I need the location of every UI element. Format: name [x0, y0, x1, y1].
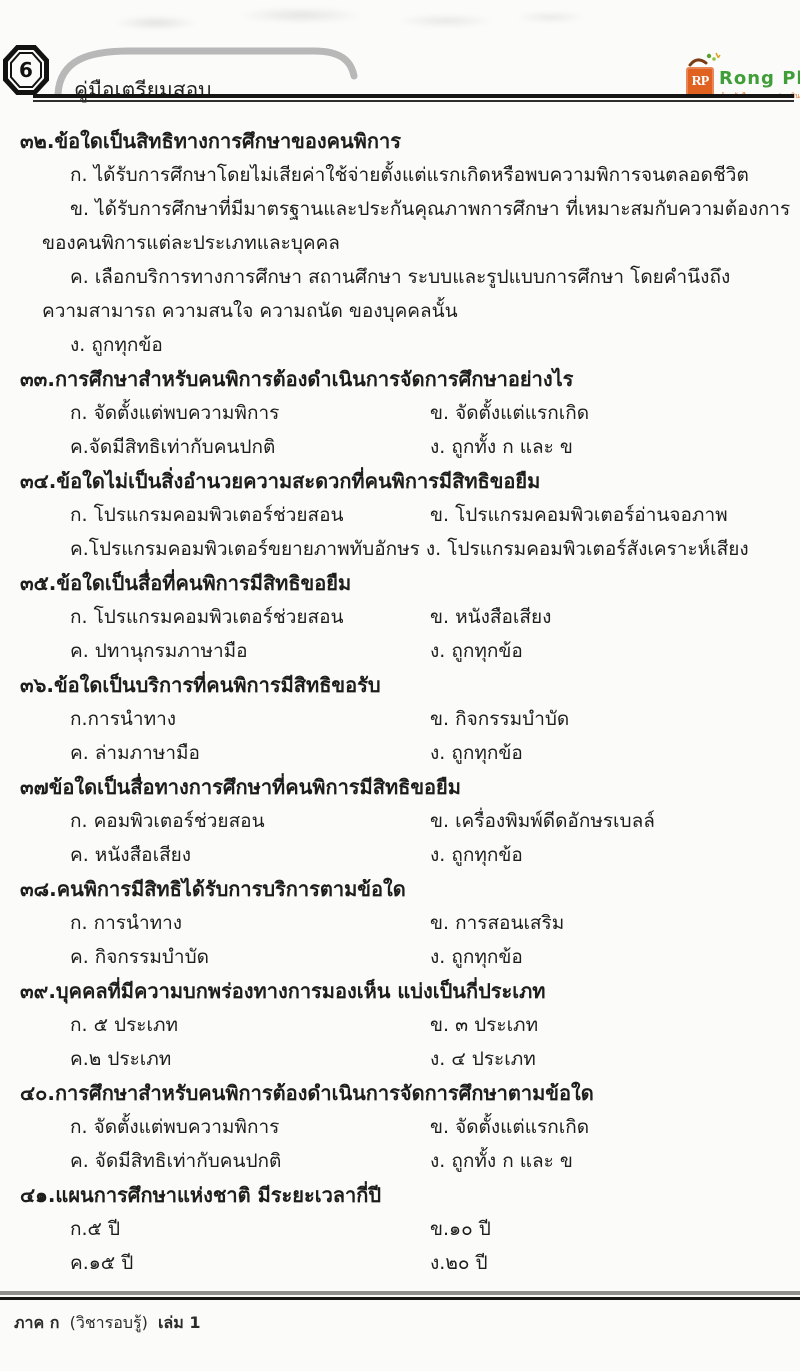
header-rule-bottom — [33, 100, 794, 102]
option-row: ค. กิจกรรมบำบัดง. ถูกทุกข้อ — [20, 940, 792, 974]
option-row: ค. ล่ามภาษามือง. ถูกทุกข้อ — [20, 736, 792, 770]
option-cell: ข. กิจกรรมบำบัด — [430, 702, 792, 736]
option-cell: ง. ๔ ประเภท — [430, 1042, 792, 1076]
scan-artifact — [40, 0, 620, 38]
question-heading: ๓๗ข้อใดเป็นสื่อทางการศึกษาที่คนพิการมีสิ… — [20, 770, 792, 804]
footer-rule-bottom — [0, 1297, 800, 1300]
question-heading: ๓๕.ข้อใดเป็นสื่อที่คนพิการมีสิทธิขอยืม — [20, 566, 792, 600]
option-cell: ก. จัดตั้งแต่พบความพิการ — [70, 1110, 430, 1144]
option-cell: ก. การนำทาง — [70, 906, 430, 940]
option-cell: ค. ล่ามภาษามือ — [70, 736, 430, 770]
option-cell: ข. การสอนเสริม — [430, 906, 792, 940]
question-heading: ๔๐.การศึกษาสำหรับคนพิการต้องดำเนินการจัด… — [20, 1076, 792, 1110]
option-cell: ก.๕ ปี — [70, 1212, 430, 1246]
option-line: ค.โปรแกรมคอมพิวเตอร์ขยายภาพทับอักษร ง. โ… — [20, 532, 792, 566]
option-row: ก. โปรแกรมคอมพิวเตอร์ช่วยสอนข. หนังสือเส… — [20, 600, 792, 634]
option-row: ค.๒ ประเภทง. ๔ ประเภท — [20, 1042, 792, 1076]
header-title: คู่มือเตรียมสอบ — [74, 74, 212, 107]
option-cell: ค. หนังสือเสียง — [70, 838, 430, 872]
option-row: ก. จัดตั้งแต่พบความพิการข. จัดตั้งแต่แรก… — [20, 396, 792, 430]
footer-rule-top — [0, 1291, 800, 1295]
option-cell: ก. คอมพิวเตอร์ช่วยสอน — [70, 804, 430, 838]
option-cell: ก. ๕ ประเภท — [70, 1008, 430, 1042]
option-cell: ก. โปรแกรมคอมพิวเตอร์ช่วยสอน — [70, 600, 430, 634]
option-cell: ข. หนังสือเสียง — [430, 600, 792, 634]
option-line: ค. เลือกบริการทางการศึกษา สถานศึกษา ระบบ… — [20, 260, 792, 294]
option-cell: ข. จัดตั้งแต่แรกเกิด — [430, 1110, 792, 1144]
footer-text: ภาค ก (วิชารอบรู้) เล่ม 1 — [14, 1306, 205, 1340]
option-row: ค.๑๕ ปีง.๒๐ ปี — [20, 1246, 792, 1280]
option-cell: ค.๑๕ ปี — [70, 1246, 430, 1280]
questions: ๓๒.ข้อใดเป็นสิทธิทางการศึกษาของคนพิการก.… — [20, 124, 792, 1280]
option-cell: ง. ถูกทุกข้อ — [430, 838, 792, 872]
option-cell: ค. ปทานุกรมภาษามือ — [70, 634, 430, 668]
option-cell: ข. โปรแกรมคอมพิวเตอร์อ่านจอภาพ — [430, 498, 792, 532]
option-line: ข. ได้รับการศึกษาที่มีมาตรฐานและประกันคุ… — [20, 192, 792, 226]
option-cell: ค.๒ ประเภท — [70, 1042, 430, 1076]
publisher-logo: RP — [686, 67, 714, 97]
question-heading: ๓๘.คนพิการมีสิทธิได้รับการบริการตามข้อใด — [20, 872, 792, 906]
option-cell: ก.การนำทาง — [70, 702, 430, 736]
option-row: ก.การนำทางข. กิจกรรมบำบัด — [20, 702, 792, 736]
option-continuation: ความสามารถ ความสนใจ ความถนัด ของบุคคลนั้… — [20, 294, 792, 328]
scanned-exam-page: 6 คู่มือเตรียมสอบ RP Rong Phai ค้าหนังสื… — [0, 0, 800, 1371]
option-continuation: ของคนพิการแต่ละประเภทและบุคคล — [20, 226, 792, 260]
option-row: ก. โปรแกรมคอมพิวเตอร์ช่วยสอนข. โปรแกรมคอ… — [20, 498, 792, 532]
option-row: ค. จัดมีสิทธิเท่ากับคนปกติง. ถูกทั้ง ก แ… — [20, 1144, 792, 1178]
option-cell: ง. ถูกทุกข้อ — [430, 634, 792, 668]
option-cell: ก. จัดตั้งแต่พบความพิการ — [70, 396, 430, 430]
option-cell: ข. ๓ ประเภท — [430, 1008, 792, 1042]
option-cell: ค. กิจกรรมบำบัด — [70, 940, 430, 974]
footer-volume-label: เล่ม 1 — [158, 1313, 201, 1332]
option-row: ก. จัดตั้งแต่พบความพิการข. จัดตั้งแต่แรก… — [20, 1110, 792, 1144]
option-cell: ค. จัดมีสิทธิเท่ากับคนปกติ — [70, 1144, 430, 1178]
question-heading: ๓๖.ข้อใดเป็นบริการที่คนพิการมีสิทธิขอรับ — [20, 668, 792, 702]
option-cell: ข. จัดตั้งแต่แรกเกิด — [430, 396, 792, 430]
option-cell: ง. ถูกทุกข้อ — [430, 940, 792, 974]
option-cell: ข. เครื่องพิมพ์ดีดอักษรเบลล์ — [430, 804, 792, 838]
question-heading: ๓๙.บุคคลที่มีความบกพร่องทางการมองเห็น แบ… — [20, 974, 792, 1008]
farmer-doodle-icon — [684, 50, 724, 68]
question-heading: ๓๓.การศึกษาสำหรับคนพิการต้องดำเนินการจัด… — [20, 362, 792, 396]
option-line: ก. ได้รับการศึกษาโดยไม่เสียค่าใช้จ่ายตั้… — [20, 158, 792, 192]
page-number: 6 — [3, 45, 49, 95]
question-heading: ๓๒.ข้อใดเป็นสิทธิทางการศึกษาของคนพิการ — [20, 124, 792, 158]
option-row: ก. คอมพิวเตอร์ช่วยสอนข. เครื่องพิมพ์ดีดอ… — [20, 804, 792, 838]
option-row: ก. ๕ ประเภทข. ๓ ประเภท — [20, 1008, 792, 1042]
option-cell: ข.๑๐ ปี — [430, 1212, 792, 1246]
option-cell: ง. ถูกทั้ง ก และ ข — [430, 1144, 792, 1178]
question-heading: ๓๔.ข้อใดไม่เป็นสิ่งอำนวยความสะดวกที่คนพิ… — [20, 464, 792, 498]
option-cell: ค.จัดมีสิทธิเท่ากับคนปกติ — [70, 430, 430, 464]
header-rule-top — [33, 94, 794, 98]
option-row: ค.จัดมีสิทธิเท่ากับคนปกติง. ถูกทั้ง ก แล… — [20, 430, 792, 464]
option-row: ก.๕ ปีข.๑๐ ปี — [20, 1212, 792, 1246]
option-row: ค. หนังสือเสียงง. ถูกทุกข้อ — [20, 838, 792, 872]
logo-monogram: RP — [692, 74, 709, 90]
footer-part-label: ภาค ก — [14, 1313, 60, 1332]
footer-subject-label: (วิชารอบรู้) — [70, 1313, 148, 1332]
option-row: ค. ปทานุกรมภาษามือง. ถูกทุกข้อ — [20, 634, 792, 668]
option-cell: ง.๒๐ ปี — [430, 1246, 792, 1280]
option-cell: ง. ถูกทุกข้อ — [430, 736, 792, 770]
option-cell: ก. โปรแกรมคอมพิวเตอร์ช่วยสอน — [70, 498, 430, 532]
option-line: ง. ถูกทุกข้อ — [20, 328, 792, 362]
brand-name: Rong Phai — [719, 68, 800, 89]
option-cell: ง. ถูกทั้ง ก และ ข — [430, 430, 792, 464]
option-row: ก. การนำทางข. การสอนเสริม — [20, 906, 792, 940]
question-heading: ๔๑.แผนการศึกษาแห่งชาติ มีระยะเวลากี่ปี — [20, 1178, 792, 1212]
